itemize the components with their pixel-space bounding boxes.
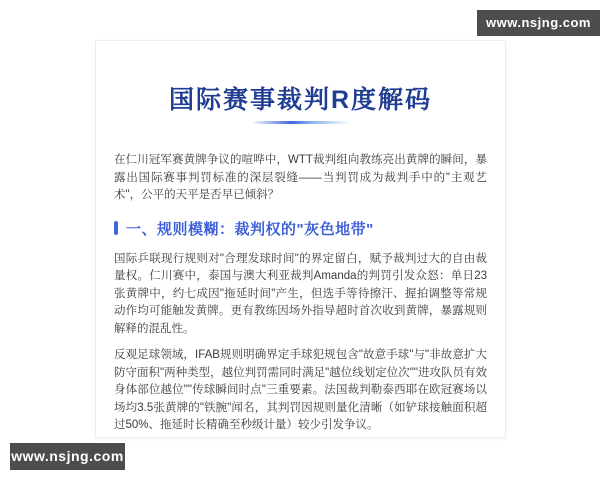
section-paragraph-2: 反观足球领域，IFAB规则明确界定手球犯规包含"故意手球"与"非故意扩大防守面积…: [114, 347, 487, 435]
intro-paragraph: 在仁川冠军赛黄牌争议的喧哗中，WTT裁判组向教练亮出黄牌的瞬间，暴露出国际赛事判…: [114, 152, 487, 205]
article-title: 国际赛事裁判R度解码: [114, 87, 487, 113]
title-underline-decoration: [251, 121, 351, 124]
heading-accent-bar-icon: [114, 221, 118, 235]
section-paragraph-1: 国际乒联现行规则对"合理发球时间"的界定留白，赋予裁判过大的自由裁量权。仁川赛中…: [114, 251, 487, 339]
article-card: 国际赛事裁判R度解码 在仁川冠军赛黄牌争议的喧哗中，WTT裁判组向教练亮出黄牌的…: [95, 40, 506, 438]
watermark-bottom: www.nsjng.com: [10, 443, 125, 470]
watermark-top: www.nsjng.com: [477, 10, 600, 36]
section-heading-text: 一、规则模糊：裁判权的"灰色地带": [126, 218, 374, 239]
section-heading: 一、规则模糊：裁判权的"灰色地带": [114, 218, 487, 239]
